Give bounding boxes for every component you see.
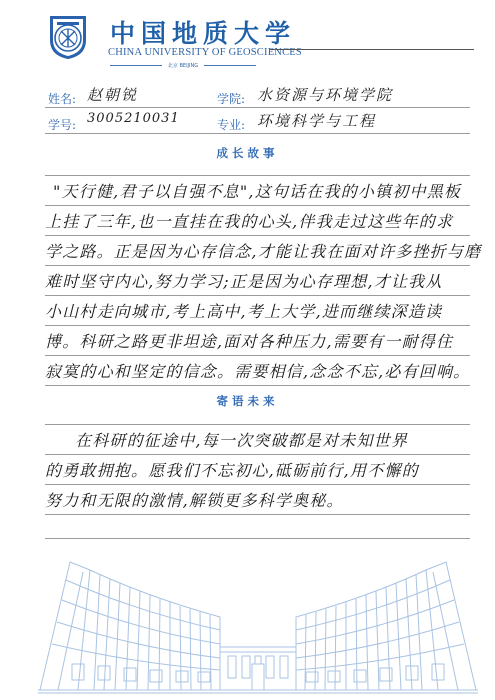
text-line: 寂寞的心和坚定的信念。需要相信,念念不忘,必有回响。 — [45, 356, 470, 386]
text-line: "天行健,君子以自强不息",这句话在我的小镇初中黑板 — [45, 176, 470, 206]
university-name-cn: 中国地质大学 — [110, 14, 296, 50]
college-value: 水资源与环境学院 — [257, 84, 393, 105]
future-message-text: 在科研的征途中,每一次突破都是对未知世界 的勇敢拥抱。愿我们不忘初心,砥砺前行,… — [45, 425, 470, 515]
college-label: 学院: — [217, 90, 245, 107]
text-line: 在科研的征途中,每一次突破都是对未知世界 — [45, 425, 470, 455]
name-label: 姓名: — [48, 90, 76, 107]
text-line: 小山村走向城市,考上高中,考上大学,进而继续深造读 — [45, 296, 470, 326]
text-line: 难时坚守内心,努力学习;正是因为心存理想,才让我从 — [45, 266, 470, 296]
rule-line — [45, 538, 470, 539]
growth-story-title: 成长故事 — [0, 145, 495, 161]
text-line: 学之路。正是因为心存信念,才能让我在面对许多挫折与磨 — [45, 236, 470, 266]
name-value: 赵朝锐 — [87, 84, 138, 105]
major-value: 环境科学与工程 — [257, 110, 376, 131]
major-label: 专业: — [217, 116, 245, 133]
future-message-title: 寄语未来 — [0, 393, 495, 409]
info-row-id-major: 学号: 3005210031 专业: 环境科学与工程 — [45, 108, 470, 134]
letterhead: 中国地质大学 CHINA UNIVERSITY OF GEOSCIENCES 北… — [0, 0, 495, 75]
header-divider — [270, 49, 474, 50]
university-seal-icon — [44, 12, 92, 60]
text-line: 努力和无限的激情,解锁更多科学奥秘。 — [45, 485, 470, 515]
campus-building-illustration — [38, 552, 478, 697]
campus-label: 北京 BEIJING — [110, 61, 256, 69]
info-row-name-college: 姓名: 赵朝锐 学院: 水资源与环境学院 — [45, 82, 470, 108]
student-id-label: 学号: — [48, 116, 76, 133]
text-line: 上挂了三年,也一直挂在我的心头,伴我走过这些年的求 — [45, 206, 470, 236]
text-line: 博。科研之路更非坦途,面对各种压力,需要有一耐得住 — [45, 326, 470, 356]
campus-text: 北京 BEIJING — [162, 62, 204, 69]
text-line: 的勇敢拥抱。愿我们不忘初心,砥砺前行,用不懈的 — [45, 455, 470, 485]
growth-story-text: "天行健,君子以自强不息",这句话在我的小镇初中黑板 上挂了三年,也一直挂在我的… — [45, 176, 470, 386]
student-id-value: 3005210031 — [87, 111, 180, 126]
